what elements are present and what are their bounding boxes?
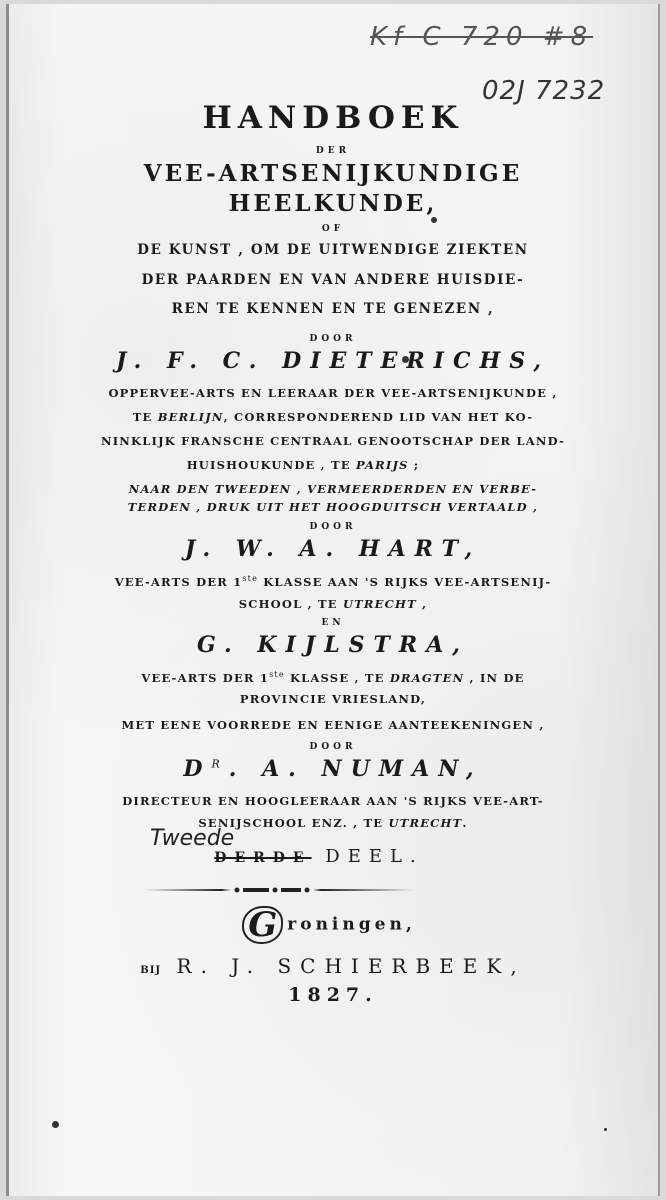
ink-spot xyxy=(402,356,409,363)
place-dragten: DRAGTEN xyxy=(390,671,465,685)
author3-line-1: VEE-ARTS DER 1ste KLASSE , TE DRAGTEN , … xyxy=(0,670,666,685)
text: TE xyxy=(133,410,158,424)
struck-shelfmark: Kf C 720 #8 xyxy=(370,22,593,52)
text: ; xyxy=(409,458,420,472)
ink-spot xyxy=(431,217,437,223)
author2-line-1: VEE-ARTS DER 1ste KLASSE AAN 'S RIJKS VE… xyxy=(0,574,666,589)
text: KLASSE AAN 'S RIJKS VEE-ARTSENIJ- xyxy=(258,575,551,589)
text: KLASSE , TE xyxy=(285,671,390,685)
text: VEE-ARTS DER 1 xyxy=(115,575,243,589)
imprint-city: Groningen, xyxy=(0,906,662,944)
subtitle-line-2: HEELKUNDE, xyxy=(0,190,666,217)
author-kijlstra: G. KIJLSTRA, xyxy=(0,632,666,658)
text: , CORRESPONDEREND LID VAN HET KO- xyxy=(224,410,534,424)
author3-line-2: PROVINCIE VRIESLAND, xyxy=(0,692,666,706)
ink-spot xyxy=(604,1128,607,1131)
preface-line: MET EENE VOORREDE EN EENIGE AANTEEKENING… xyxy=(0,718,666,732)
place-berlijn: BERLIJN xyxy=(158,410,224,424)
text: , xyxy=(417,597,427,611)
place-parijs: PARIJS xyxy=(356,458,409,472)
numan-line-1: DIRECTEUR EN HOOGLEERAAR AAN 'S RIJKS VE… xyxy=(0,794,666,808)
book-title: HANDBOEK xyxy=(0,100,666,136)
title-of: OF xyxy=(0,224,666,234)
subtitle-line-1: VEE-ARTSENIJKUNDIGE xyxy=(0,160,666,187)
volume-label: DEEL. xyxy=(325,846,423,867)
volume-struck: DERDE xyxy=(214,850,311,866)
author1-line-1: OPPERVEE-ARTS EN LEERAAR DER VEE-ARTSENI… xyxy=(0,386,666,400)
ordinal: ste xyxy=(242,574,258,583)
publication-year: 1827. xyxy=(0,984,666,1006)
city-name: roningen, xyxy=(287,915,415,935)
translation-line-2: TERDEN , DRUK UIT HET HOOGDUITSCH VERTAA… xyxy=(0,500,666,514)
author-dieterichs: J. F. C. DIETERICHS, xyxy=(0,348,666,374)
author1-line-3: NINKLIJK FRANSCHE CENTRAAL GENOOTSCHAP D… xyxy=(0,434,666,448)
ink-spot xyxy=(52,1121,59,1128)
author1-line-2: TE BERLIJN, CORRESPONDEREND LID VAN HET … xyxy=(0,410,666,424)
decorative-initial: G xyxy=(242,906,283,944)
author-numan: DR. A. NUMAN, xyxy=(0,756,666,782)
en: EN xyxy=(0,618,666,628)
title-sup: R xyxy=(211,758,228,771)
translation-line-1: NAAR DEN TWEEDEN , VERMEERDERDEN EN VERB… xyxy=(0,482,666,496)
publisher-line: BIJ R. J. SCHIERBEEK, xyxy=(0,954,666,978)
description-line-2: DER PAARDEN EN VAN ANDERE HUISDIE- xyxy=(0,272,666,288)
description-line-3: REN TE KENNEN EN TE GENEZEN , xyxy=(0,301,666,317)
ordinal: ste xyxy=(269,670,285,679)
author1-line-4: HUISHOUKUNDE , TE PARIJS ; xyxy=(0,458,636,472)
author-hart: J. W. A. HART, xyxy=(0,536,666,562)
volume-line: DERDE DEEL. xyxy=(0,846,652,867)
place-utrecht: UTRECHT xyxy=(388,816,462,830)
place-utrecht: UTRECHT xyxy=(343,597,417,611)
text: . xyxy=(462,816,467,830)
title-der: DER xyxy=(0,146,666,156)
publisher-name: R. J. SCHIERBEEK, xyxy=(177,954,526,978)
text: SCHOOL , TE xyxy=(239,597,343,611)
text: VEE-ARTS DER 1 xyxy=(141,671,269,685)
author2-line-2: SCHOOL , TE UTRECHT , xyxy=(0,597,666,611)
ornamental-rule xyxy=(143,886,413,894)
text: HUISHOUKUNDE , TE xyxy=(187,458,356,472)
text: . A. NUMAN, xyxy=(229,756,483,782)
text: D xyxy=(183,756,211,782)
door-1: DOOR xyxy=(0,334,666,344)
door-2: DOOR xyxy=(0,522,666,532)
door-3: DOOR xyxy=(0,742,666,752)
description-line-1: DE KUNST , OM DE UITWENDIGE ZIEKTEN xyxy=(0,242,666,258)
bij: BIJ xyxy=(140,965,161,976)
numan-line-2: SENIJSCHOOL ENZ. , TE UTRECHT. xyxy=(0,816,666,830)
text: , IN DE xyxy=(464,671,524,685)
